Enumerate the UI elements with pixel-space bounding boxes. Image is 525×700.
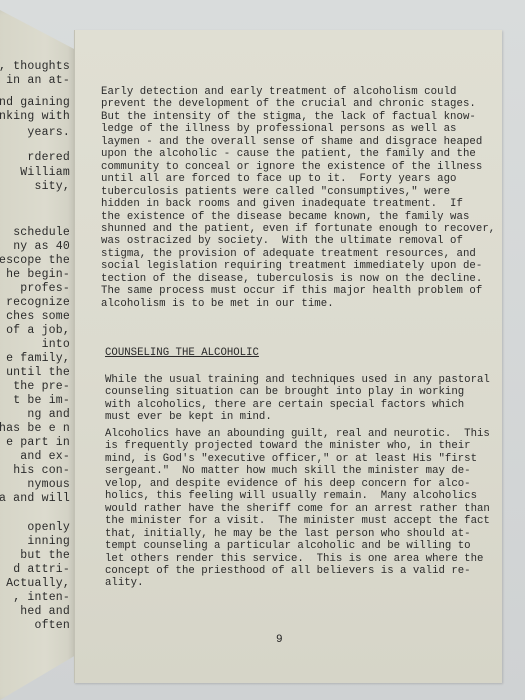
left-page-line: and ex- xyxy=(20,450,70,463)
left-page-line: sity, xyxy=(34,180,70,193)
right-page: Early detection and early treatment of a… xyxy=(74,30,502,683)
left-page-line: years. xyxy=(27,126,70,139)
left-page-line: he begin- xyxy=(6,268,70,281)
left-page-line: t be im- xyxy=(13,394,70,407)
left-page-line: but the xyxy=(20,549,70,562)
left-page-line: , inten- xyxy=(13,591,70,604)
left-page-line: his con- xyxy=(13,464,70,477)
left-page-line: recognize xyxy=(6,296,70,309)
left-page-line: profes- xyxy=(20,282,70,295)
left-page-line: ng and xyxy=(27,408,70,421)
left-page-line: lescope the xyxy=(0,254,70,267)
left-page-line: until the xyxy=(6,366,70,379)
left-page-line: William xyxy=(20,166,70,179)
left-page-line: often xyxy=(34,619,70,632)
left-page-line: Actually, xyxy=(6,577,70,590)
left-page-text: ', thoughtsin an at-nd gaininginking wit… xyxy=(0,10,76,700)
left-page-line: inning xyxy=(27,535,70,548)
left-page-line: ches some xyxy=(6,310,70,323)
left-page-line: nymous xyxy=(27,478,70,491)
left-page-line: the pre- xyxy=(13,380,70,393)
left-page-line: e family, xyxy=(6,352,70,365)
left-page-line: openly xyxy=(27,521,70,534)
left-page-line: d attri- xyxy=(13,563,70,576)
paragraph-guilt: Alcoholics have an abounding guilt, real… xyxy=(105,428,500,590)
left-page-line: inking with xyxy=(0,110,70,123)
left-page-line: rdered xyxy=(27,151,70,164)
section-heading: COUNSELING THE ALCOHOLIC xyxy=(105,347,259,359)
left-page-line: hed and xyxy=(20,605,70,618)
left-page-line: schedule xyxy=(13,226,70,239)
page-number: 9 xyxy=(276,634,283,646)
paragraph-counseling-intro: While the usual training and techniques … xyxy=(105,374,500,424)
left-page-line: into xyxy=(42,338,70,351)
left-page-line: in an at- xyxy=(6,74,70,87)
left-page-line: has be e n xyxy=(0,422,70,435)
left-page-line: nd gaining xyxy=(0,96,70,109)
left-page-line: of a job, xyxy=(6,324,70,337)
left-page-line: e part in xyxy=(6,436,70,449)
left-page-line: a and will xyxy=(0,492,70,505)
paragraph-early-detection: Early detection and early treatment of a… xyxy=(101,86,496,310)
left-page-line: ny as 40 xyxy=(13,240,70,253)
left-page: ', thoughtsin an at-nd gaininginking wit… xyxy=(0,10,76,700)
left-page-line: ', thoughts xyxy=(0,60,70,73)
